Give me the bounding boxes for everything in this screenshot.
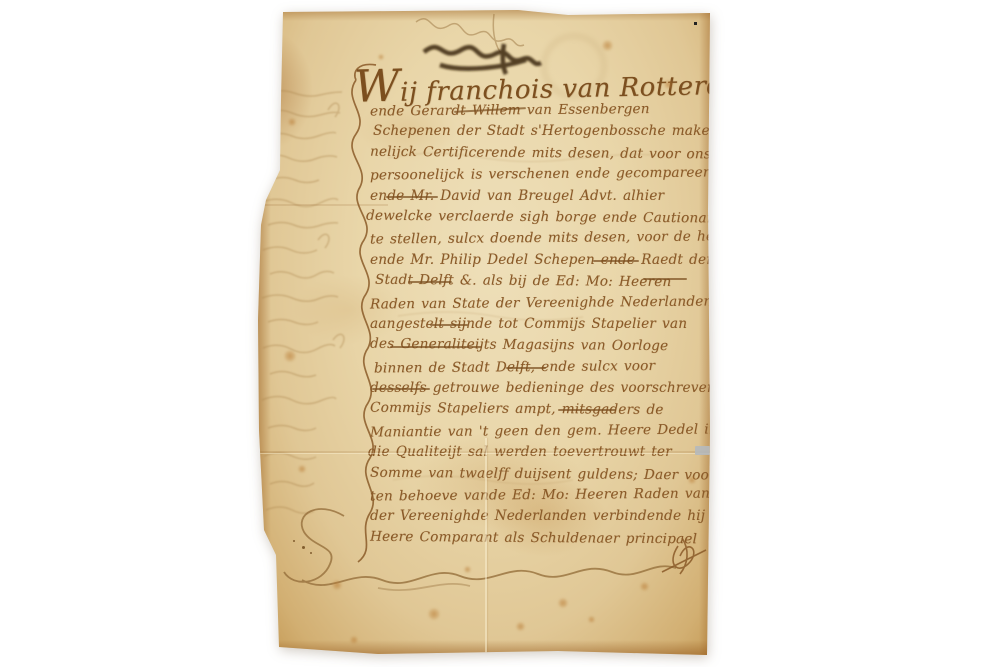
- foxing-spot: [588, 616, 595, 623]
- foxing-spot: [640, 582, 649, 591]
- foxing-spot: [298, 465, 306, 473]
- manuscript-line: Raden van State der Vereenighde Nederlan…: [370, 291, 706, 315]
- strikethrough-mark: [593, 260, 639, 262]
- manuscript-line: persoonelijck is verschenen ende gecompa…: [370, 163, 706, 187]
- strikethrough-mark: [372, 388, 430, 390]
- manuscript-line: Maniantie van 't geen den gem. Heere Ded…: [370, 419, 706, 443]
- manuscript-line: Commijs Stapeliers ampt, mitsgaders de: [370, 398, 706, 422]
- manuscript-line: der Vereenighde Nederlanden verbindende …: [370, 506, 706, 527]
- manuscript-line: te stellen, sulcx doende mits desen, voo…: [370, 227, 706, 251]
- foxing-spot: [288, 118, 296, 126]
- foxing-spot: [602, 40, 613, 51]
- foxing-spot: [464, 566, 471, 573]
- ink-speck: [310, 552, 312, 554]
- manuscript-line: aangestelt sijnde tot Commijs Stapelier …: [370, 314, 706, 335]
- ink-speck: [694, 22, 697, 25]
- docket-scribble-light: [416, 14, 524, 52]
- ink-speck: [293, 540, 295, 542]
- strikethrough-mark: [506, 367, 546, 369]
- tape-remnant: [695, 446, 710, 455]
- manuscript-line: nelijck Certificerende mits desen, dat v…: [370, 141, 706, 165]
- manuscript-body: ende Gerardt Willem van Essenbergen Sche…: [370, 100, 706, 549]
- strikethrough-mark: [408, 281, 452, 283]
- strikethrough-mark: [390, 346, 482, 348]
- manuscript-line: ten behoeve vande Ed: Mo: Heeren Raden v…: [370, 484, 706, 508]
- manuscript-line: die Qualiteijt sal werden toevertrouwt t…: [368, 442, 706, 463]
- trailing-dash-mark: [558, 409, 616, 411]
- strikethrough-mark: [386, 196, 438, 198]
- fold-crease-vertical: [485, 438, 487, 655]
- foxing-spot: [284, 350, 296, 362]
- foxing-spot: [558, 598, 568, 608]
- manuscript-line: ende Gerardt Willem van Essenbergen: [370, 99, 706, 123]
- fold-crease-horizontal: [258, 451, 710, 453]
- manuscript-page: Wij franchois van Rotterdam ende Gerardt…: [258, 10, 710, 655]
- manuscript-line: Heere Comparant als Schuldenaer principa…: [370, 526, 706, 550]
- foxing-spot: [428, 608, 440, 620]
- foxing-spot: [688, 476, 696, 484]
- foxing-spot: [332, 580, 342, 590]
- manuscript-line: Somme van twaelff duijsent guldens; Daer…: [370, 462, 706, 486]
- foxing-spot: [350, 636, 358, 644]
- fold-crease-horizontal: [258, 204, 388, 206]
- photo-background: Wij franchois van Rotterdam ende Gerardt…: [0, 0, 1000, 667]
- foxing-spot: [516, 622, 525, 631]
- aged-paper-sheet: Wij franchois van Rotterdam ende Gerardt…: [258, 10, 710, 655]
- foxing-spot: [664, 80, 673, 89]
- verso-bleedthrough-text: [261, 91, 344, 514]
- ink-speck: [302, 546, 305, 549]
- manuscript-line: Schepenen der Stadt s'Hertogenbossche ma…: [373, 121, 706, 142]
- strikethrough-mark: [430, 324, 468, 326]
- manuscript-line: ende Mr. Philip Dedel Schepen ende Raedt…: [370, 250, 706, 271]
- trailing-dash-mark: [643, 278, 687, 280]
- foxing-spot: [378, 54, 384, 60]
